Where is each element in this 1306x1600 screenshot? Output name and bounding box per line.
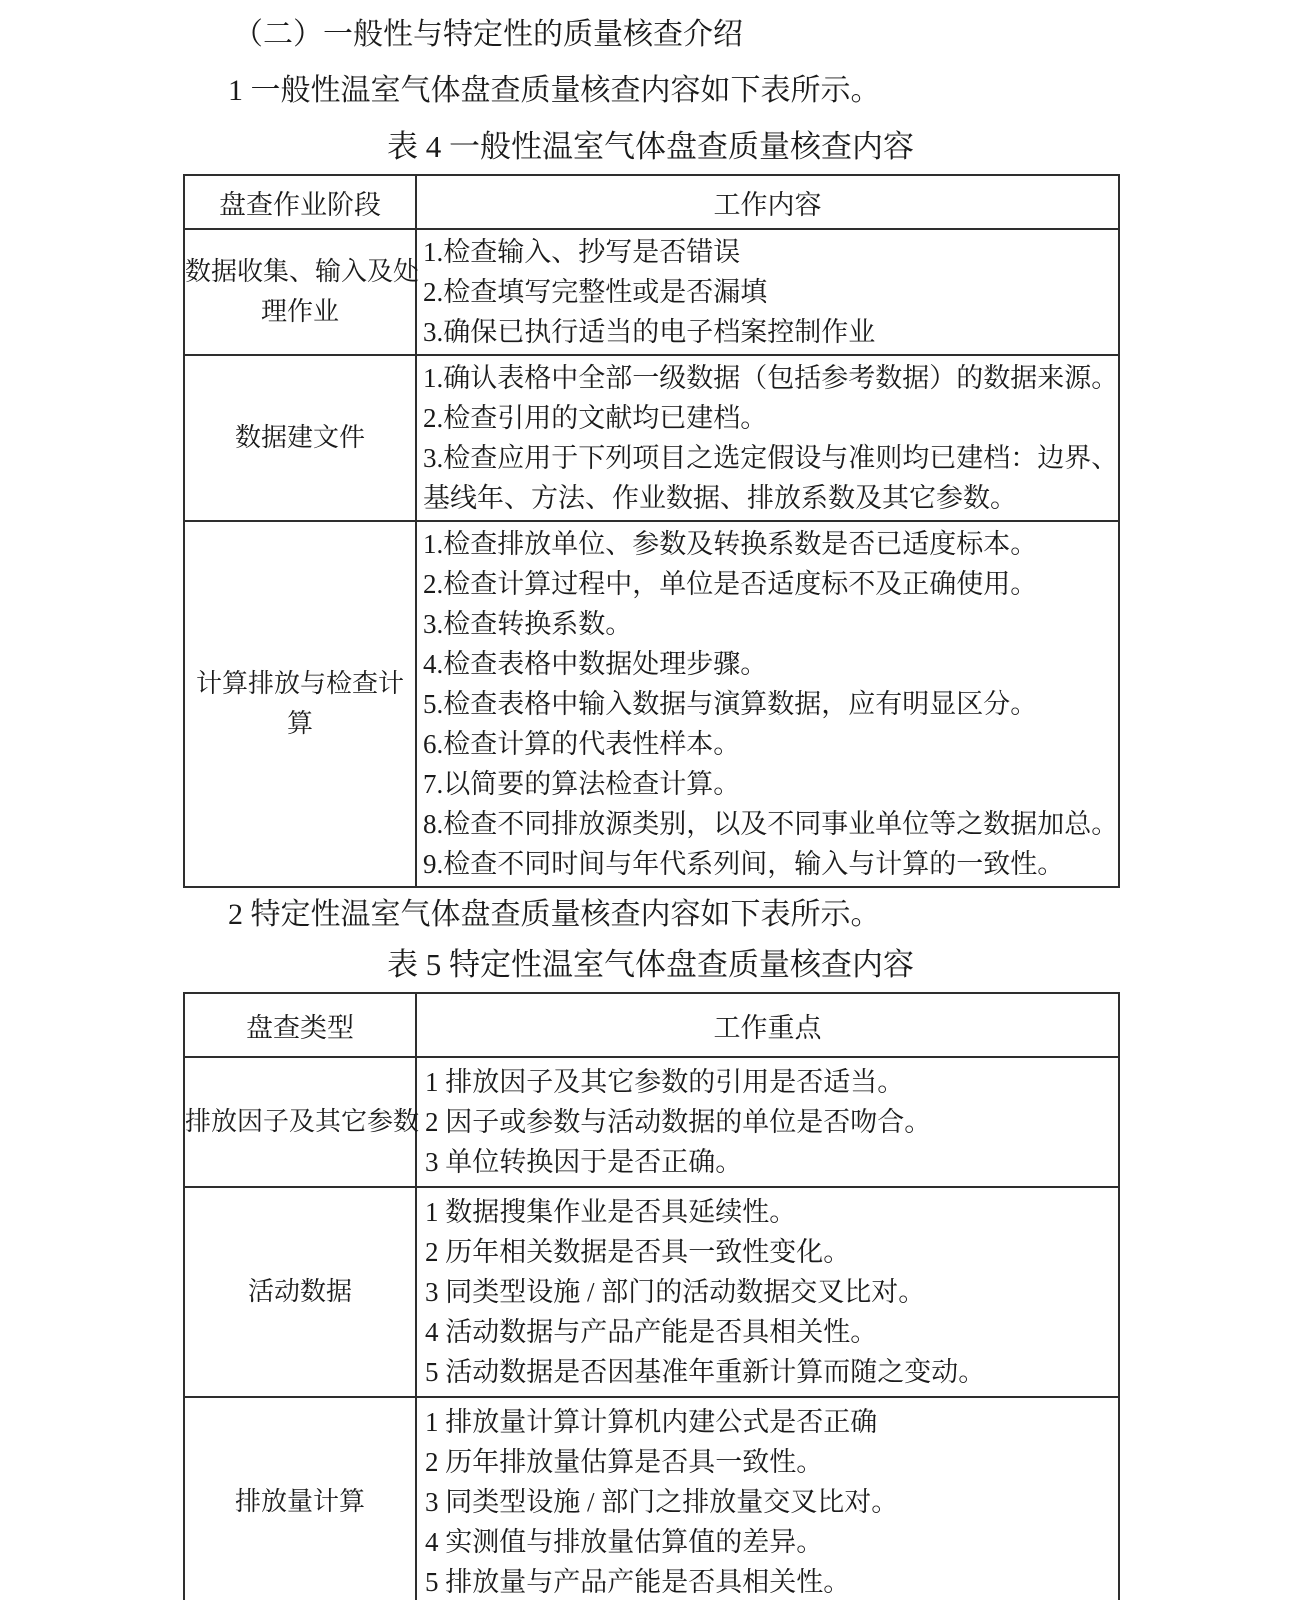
table-row: 数据收集、输入及处 理作业 1.检查输入、抄写是否错误 2.检查填写完整性或是否… xyxy=(184,229,1119,355)
work-item: 5.检查表格中输入数据与演算数据，应有明显区分。 xyxy=(423,684,1118,724)
document-page: （二）一般性与特定性的质量核查介绍 1 一般性温室气体盘查质量核查内容如下表所示… xyxy=(183,0,1118,1600)
column-header-work-focus: 工作重点 xyxy=(416,993,1119,1057)
work-item: 7.以简要的算法检查计算。 xyxy=(423,764,1118,804)
stage-cell: 计算排放与检查计 算 xyxy=(184,521,416,887)
table5-caption: 表 5 特定性温室气体盘查质量核查内容 xyxy=(183,944,1118,986)
work-item: 基线年、方法、作业数据、排放系数及其它参数。 xyxy=(423,478,1118,518)
table-row: 排放因子及其它参数 1 排放因子及其它参数的引用是否适当。 2 因子或参数与活动… xyxy=(184,1057,1119,1187)
table-row: 活动数据 1 数据搜集作业是否具延续性。 2 历年相关数据是否具一致性变化。 3… xyxy=(184,1187,1119,1397)
table-5: 盘查类型 工作重点 排放因子及其它参数 1 排放因子及其它参数的引用是否适当。 … xyxy=(183,992,1120,1600)
section-heading: （二）一般性与特定性的质量核查介绍 xyxy=(183,14,1118,56)
table-header-row: 盘查作业阶段 工作内容 xyxy=(184,175,1119,229)
stage-line: 数据收集、输入及处 xyxy=(185,252,415,292)
work-item: 3.确保已执行适当的电子档案控制作业 xyxy=(423,312,1118,352)
table-row: 数据建文件 1.确认表格中全部一级数据（包括参考数据）的数据来源。 2.检查引用… xyxy=(184,355,1119,521)
stage-cell: 数据建文件 xyxy=(184,355,416,521)
work-item: 5 活动数据是否因基准年重新计算而随之变动。 xyxy=(425,1352,1118,1392)
stage-line: 算 xyxy=(185,704,415,744)
work-item: 1.检查输入、抄写是否错误 xyxy=(423,232,1118,272)
table4-caption: 表 4 一般性温室气体盘查质量核查内容 xyxy=(183,126,1118,168)
stage-line: 计算排放与检查计 xyxy=(185,664,415,704)
work-item: 1 数据搜集作业是否具延续性。 xyxy=(425,1192,1118,1232)
work-item: 1.确认表格中全部一级数据（包括参考数据）的数据来源。 xyxy=(423,358,1118,398)
stage-cell: 排放因子及其它参数 xyxy=(184,1057,416,1187)
stage-line: 活动数据 xyxy=(185,1272,415,1312)
work-content-cell: 1 排放量计算计算机内建公式是否正确 2 历年排放量估算是否具一致性。 3 同类… xyxy=(416,1397,1119,1600)
work-item: 4.检查表格中数据处理步骤。 xyxy=(423,644,1118,684)
paragraph-table4-intro: 1 一般性温室气体盘查质量核查内容如下表所示。 xyxy=(183,70,1118,112)
paragraph-table5-intro: 2 特定性温室气体盘查质量核查内容如下表所示。 xyxy=(183,894,1118,936)
work-item: 4 活动数据与产品产能是否具相关性。 xyxy=(425,1312,1118,1352)
work-item: 9.检查不同时间与年代系列间，输入与计算的一致性。 xyxy=(423,844,1118,884)
work-item: 2.检查填写完整性或是否漏填 xyxy=(423,272,1118,312)
column-header-inventory-type: 盘查类型 xyxy=(184,993,416,1057)
stage-line: 数据建文件 xyxy=(185,418,415,458)
work-item: 2 历年相关数据是否具一致性变化。 xyxy=(425,1232,1118,1272)
stage-line: 排放因子及其它参数 xyxy=(185,1102,415,1142)
work-content-cell: 1 数据搜集作业是否具延续性。 2 历年相关数据是否具一致性变化。 3 同类型设… xyxy=(416,1187,1119,1397)
stage-line: 理作业 xyxy=(185,292,415,332)
work-item: 1.检查排放单位、参数及转换系数是否已适度标本。 xyxy=(423,524,1118,564)
table-row: 排放量计算 1 排放量计算计算机内建公式是否正确 2 历年排放量估算是否具一致性… xyxy=(184,1397,1119,1600)
work-item: 8.检查不同排放源类别，以及不同事业单位等之数据加总。 xyxy=(423,804,1118,844)
stage-cell: 活动数据 xyxy=(184,1187,416,1397)
work-item: 2.检查计算过程中，单位是否适度标不及正确使用。 xyxy=(423,564,1118,604)
work-content-cell: 1 排放因子及其它参数的引用是否适当。 2 因子或参数与活动数据的单位是否吻合。… xyxy=(416,1057,1119,1187)
work-item: 2 历年排放量估算是否具一致性。 xyxy=(425,1442,1118,1482)
table-row: 计算排放与检查计 算 1.检查排放单位、参数及转换系数是否已适度标本。 2.检查… xyxy=(184,521,1119,887)
stage-line: 排放量计算 xyxy=(185,1482,415,1522)
work-item: 4 实测值与排放量估算值的差异。 xyxy=(425,1522,1118,1562)
column-header-stage: 盘查作业阶段 xyxy=(184,175,416,229)
work-content-cell: 1.检查排放单位、参数及转换系数是否已适度标本。 2.检查计算过程中，单位是否适… xyxy=(416,521,1119,887)
work-item: 3 同类型设施 / 部门之排放量交叉比对。 xyxy=(425,1482,1118,1522)
work-item: 3 同类型设施 / 部门的活动数据交叉比对。 xyxy=(425,1272,1118,1312)
stage-cell: 排放量计算 xyxy=(184,1397,416,1600)
work-item: 3 单位转换因于是否正确。 xyxy=(425,1142,1118,1182)
table-header-row: 盘查类型 工作重点 xyxy=(184,993,1119,1057)
table-4: 盘查作业阶段 工作内容 数据收集、输入及处 理作业 1.检查输入、抄写是否错误 … xyxy=(183,174,1120,888)
work-content-cell: 1.确认表格中全部一级数据（包括参考数据）的数据来源。 2.检查引用的文献均已建… xyxy=(416,355,1119,521)
work-item: 5 排放量与产品产能是否具相关性。 xyxy=(425,1562,1118,1600)
work-item: 2 因子或参数与活动数据的单位是否吻合。 xyxy=(425,1102,1118,1142)
work-item: 2.检查引用的文献均已建档。 xyxy=(423,398,1118,438)
work-item: 3.检查转换系数。 xyxy=(423,604,1118,644)
column-header-work-content: 工作内容 xyxy=(416,175,1119,229)
work-content-cell: 1.检查输入、抄写是否错误 2.检查填写完整性或是否漏填 3.确保已执行适当的电… xyxy=(416,229,1119,355)
stage-cell: 数据收集、输入及处 理作业 xyxy=(184,229,416,355)
work-item: 6.检查计算的代表性样本。 xyxy=(423,724,1118,764)
work-item: 3.检查应用于下列项目之选定假设与准则均已建档：边界、 xyxy=(423,438,1118,478)
work-item: 1 排放因子及其它参数的引用是否适当。 xyxy=(425,1062,1118,1102)
work-item: 1 排放量计算计算机内建公式是否正确 xyxy=(425,1402,1118,1442)
